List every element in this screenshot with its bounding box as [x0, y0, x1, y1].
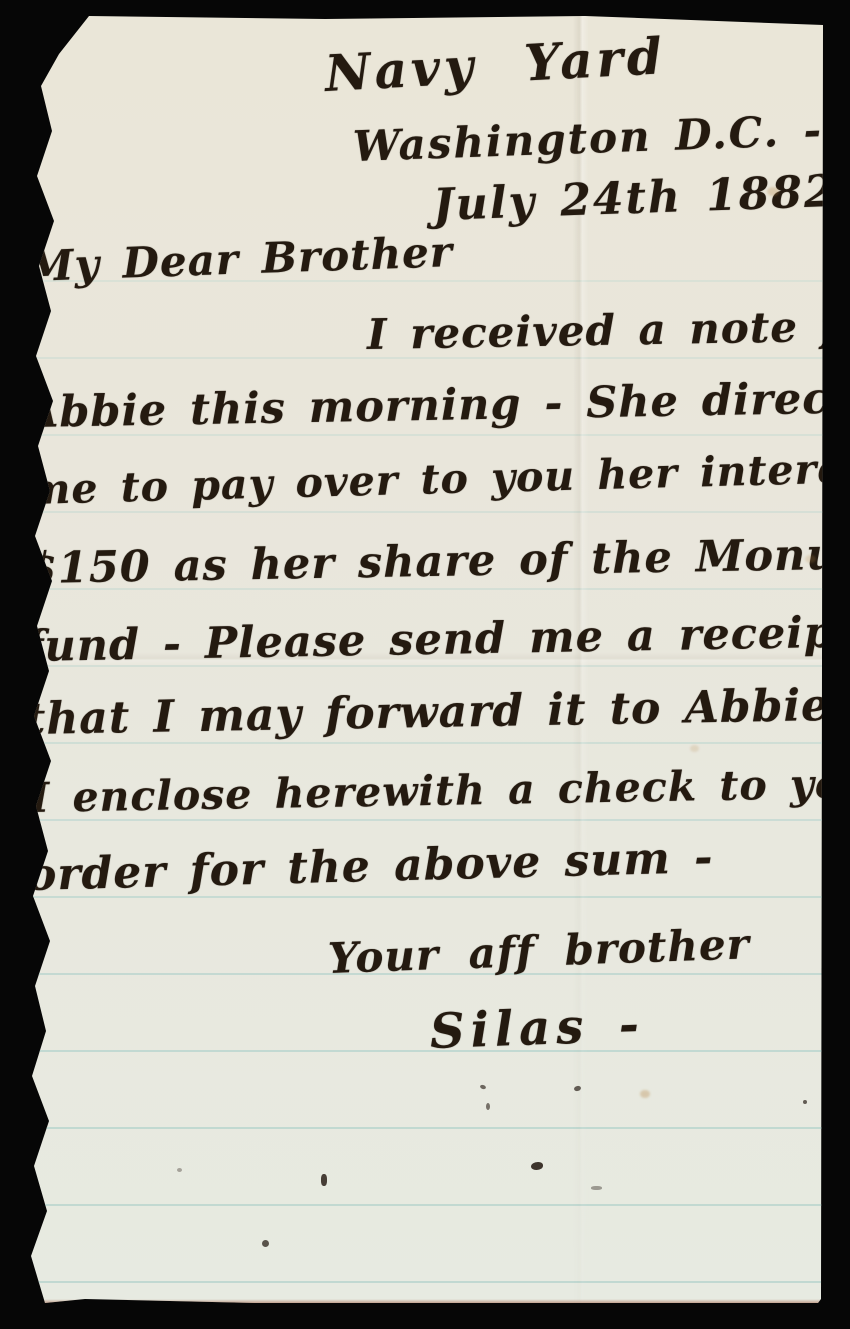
foxing-spot — [690, 745, 699, 752]
ink-speck — [591, 1186, 602, 1190]
heading-city-line: Washington D.C. - — [352, 106, 824, 171]
scan-background: Navy Yard Washington D.C. - July 24th 18… — [0, 0, 850, 1329]
signature-line: Silas - — [429, 997, 646, 1060]
foxing-spot — [640, 1090, 650, 1098]
body-line-1: I received a note from — [367, 300, 850, 359]
ink-speck — [262, 1240, 269, 1247]
ink-speck — [486, 1103, 490, 1110]
heading-date-line: July 24th 1882 — [432, 166, 837, 231]
ink-speck — [803, 1100, 807, 1104]
ink-speck — [177, 1168, 182, 1172]
heading-place-line: Navy Yard — [323, 26, 667, 103]
letter-page: Navy Yard Washington D.C. - July 24th 18… — [25, 16, 823, 1303]
ink-speck — [321, 1174, 327, 1186]
foxing-spot — [767, 187, 779, 196]
paper-bottom-edge — [25, 1299, 823, 1303]
foxing-spot — [805, 555, 816, 563]
